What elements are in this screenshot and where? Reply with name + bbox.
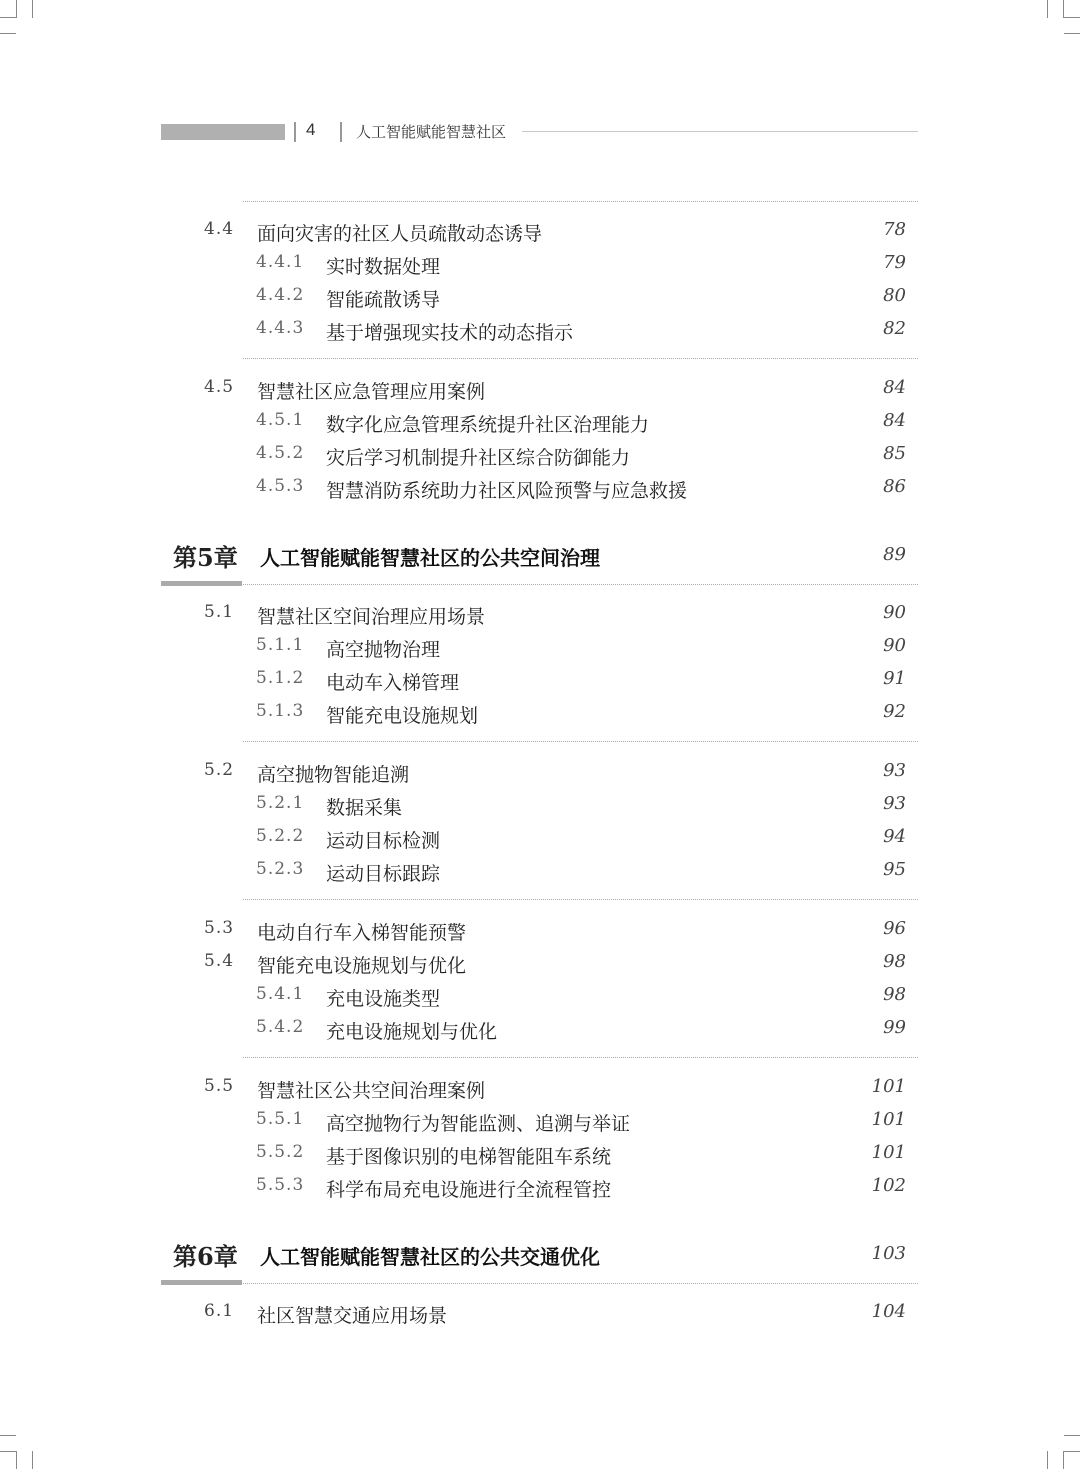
- section-title: 电动车入梯管理: [326, 668, 459, 695]
- section-title: 高空抛物行为智能监测、追溯与举证: [326, 1109, 630, 1136]
- section-number: 4.4.2: [256, 285, 304, 305]
- chapter-heading[interactable]: 第5章 人工智能赋能智慧社区的公共空间治理 89: [0, 538, 1080, 568]
- toc-entry[interactable]: 4.4.3 基于增强现实技术的动态指示 82: [0, 318, 1080, 348]
- page-ref: 89: [883, 544, 906, 565]
- section-title: 面向灾害的社区人员疏散动态诱导: [257, 219, 542, 246]
- section-number: 5.5.3: [256, 1175, 304, 1195]
- section-number: 4.5.3: [256, 476, 304, 496]
- section-title: 智慧社区应急管理应用案例: [257, 377, 485, 404]
- crop-mark: [0, 1435, 16, 1436]
- page-ref: 101: [872, 1076, 906, 1097]
- header-separator: [294, 122, 296, 142]
- section-title: 高空抛物治理: [326, 635, 440, 662]
- section-title: 社区智慧交通应用场景: [257, 1301, 447, 1328]
- section-number: 4.4.1: [256, 252, 304, 272]
- section-title: 高空抛物智能追溯: [257, 760, 409, 787]
- page-ref: 78: [883, 219, 906, 240]
- chapter-bar: [161, 581, 242, 586]
- page-ref: 93: [883, 793, 906, 814]
- toc-entry[interactable]: 4.4.2 智能疏散诱导 80: [0, 285, 1080, 315]
- page-ref: 94: [883, 826, 906, 847]
- section-number: 5.5: [204, 1076, 234, 1096]
- section-number: 4.5: [204, 377, 234, 397]
- crop-mark: [1047, 0, 1048, 18]
- toc-entry[interactable]: 5.4.1 充电设施类型 98: [0, 984, 1080, 1014]
- section-number: 5.4.2: [256, 1017, 304, 1037]
- toc-entry[interactable]: 4.5 智慧社区应急管理应用案例 84: [0, 377, 1080, 407]
- page-ref: 90: [883, 602, 906, 623]
- crop-mark: [1063, 1451, 1064, 1469]
- section-title: 科学布局充电设施进行全流程管控: [326, 1175, 611, 1202]
- section-title: 电动自行车入梯智能预警: [257, 918, 466, 945]
- chapter-label: 第5章: [173, 538, 238, 573]
- toc-entry[interactable]: 5.2.3 运动目标跟踪 95: [0, 859, 1080, 889]
- crop-mark: [32, 1451, 33, 1469]
- section-title: 基于增强现实技术的动态指示: [326, 318, 573, 345]
- section-number: 5.1: [204, 602, 234, 622]
- crop-mark: [1064, 33, 1080, 34]
- crop-mark: [16, 0, 17, 18]
- dotted-divider: [243, 584, 918, 585]
- page-ref: 91: [883, 668, 906, 689]
- section-number: 5.3: [204, 918, 234, 938]
- section-number: 6.1: [204, 1301, 234, 1321]
- section-title: 运动目标检测: [326, 826, 440, 853]
- page-ref: 84: [883, 377, 906, 398]
- toc-entry[interactable]: 4.5.2 灾后学习机制提升社区综合防御能力 85: [0, 443, 1080, 473]
- dotted-divider: [243, 1057, 918, 1058]
- page-ref: 102: [872, 1175, 906, 1196]
- toc-entry[interactable]: 5.5.3 科学布局充电设施进行全流程管控 102: [0, 1175, 1080, 1205]
- crop-mark: [0, 33, 16, 34]
- chapter-heading[interactable]: 第6章 人工智能赋能智慧社区的公共交通优化 103: [0, 1237, 1080, 1267]
- page-ref: 90: [883, 635, 906, 656]
- section-number: 4.5.1: [256, 410, 304, 430]
- toc-entry[interactable]: 5.2 高空抛物智能追溯 93: [0, 760, 1080, 790]
- section-number: 4.5.2: [256, 443, 304, 463]
- toc-entry[interactable]: 5.2.2 运动目标检测 94: [0, 826, 1080, 856]
- toc-entry[interactable]: 4.4 面向灾害的社区人员疏散动态诱导 78: [0, 219, 1080, 249]
- page-ref: 101: [872, 1109, 906, 1130]
- page-ref: 96: [883, 918, 906, 939]
- page-ref: 95: [883, 859, 906, 880]
- chapter-bar: [161, 1280, 242, 1285]
- header-bar: [161, 124, 285, 140]
- crop-mark: [0, 17, 16, 18]
- section-title: 充电设施规划与优化: [326, 1017, 497, 1044]
- crop-mark: [1064, 1451, 1080, 1452]
- page-ref: 101: [872, 1142, 906, 1163]
- toc-entry[interactable]: 5.4.2 充电设施规划与优化 99: [0, 1017, 1080, 1047]
- section-title: 智慧社区公共空间治理案例: [257, 1076, 485, 1103]
- section-number: 5.2.2: [256, 826, 304, 846]
- crop-mark: [1047, 1451, 1048, 1469]
- crop-mark: [1063, 0, 1064, 18]
- page-ref: 99: [883, 1017, 906, 1038]
- chapter-title: 人工智能赋能智慧社区的公共空间治理: [260, 542, 600, 571]
- section-number: 5.2.3: [256, 859, 304, 879]
- section-number: 5.5.1: [256, 1109, 304, 1129]
- page-ref: 82: [883, 318, 906, 339]
- toc-entry[interactable]: 5.1.2 电动车入梯管理 91: [0, 668, 1080, 698]
- section-number: 5.5.2: [256, 1142, 304, 1162]
- page-ref: 103: [872, 1243, 906, 1264]
- crop-mark: [0, 1451, 16, 1452]
- page-ref: 79: [883, 252, 906, 273]
- section-title: 实时数据处理: [326, 252, 440, 279]
- section-title: 运动目标跟踪: [326, 859, 440, 886]
- page-ref: 85: [883, 443, 906, 464]
- header-separator: [340, 122, 342, 142]
- header-rule: [522, 131, 918, 132]
- section-number: 4.4.3: [256, 318, 304, 338]
- toc-entry[interactable]: 4.4.1 实时数据处理 79: [0, 252, 1080, 282]
- toc-entry[interactable]: 4.5.3 智慧消防系统助力社区风险预警与应急救援 86: [0, 476, 1080, 506]
- section-title: 智慧社区空间治理应用场景: [257, 602, 485, 629]
- section-number: 5.2.1: [256, 793, 304, 813]
- crop-mark: [1064, 17, 1080, 18]
- section-number: 5.2: [204, 760, 234, 780]
- page-ref: 98: [883, 951, 906, 972]
- toc-entry[interactable]: 5.1.3 智能充电设施规划 92: [0, 701, 1080, 731]
- toc-entry[interactable]: 5.4 智能充电设施规划与优化 98: [0, 951, 1080, 981]
- section-title: 智能充电设施规划: [326, 701, 478, 728]
- page-ref: 84: [883, 410, 906, 431]
- dotted-divider: [243, 1283, 918, 1284]
- page-number: 4: [306, 120, 315, 140]
- section-title: 充电设施类型: [326, 984, 440, 1011]
- dotted-divider: [243, 741, 918, 742]
- section-number: 5.4: [204, 951, 234, 971]
- section-title: 智能疏散诱导: [326, 285, 440, 312]
- page-ref: 80: [883, 285, 906, 306]
- section-number: 5.4.1: [256, 984, 304, 1004]
- dotted-divider: [243, 358, 918, 359]
- section-title: 数字化应急管理系统提升社区治理能力: [326, 410, 649, 437]
- toc-entry[interactable]: 5.1 智慧社区空间治理应用场景 90: [0, 602, 1080, 632]
- page-ref: 98: [883, 984, 906, 1005]
- section-title: 数据采集: [326, 793, 402, 820]
- section-title: 智慧消防系统助力社区风险预警与应急救援: [326, 476, 687, 503]
- page-ref: 104: [872, 1301, 906, 1322]
- toc-entry[interactable]: 5.5 智慧社区公共空间治理案例 101: [0, 1076, 1080, 1106]
- crop-mark: [16, 1451, 17, 1469]
- section-number: 4.4: [204, 219, 234, 239]
- book-title: 人工智能赋能智慧社区: [356, 121, 506, 142]
- toc-entry[interactable]: 5.5.1 高空抛物行为智能监测、追溯与举证 101: [0, 1109, 1080, 1139]
- crop-mark: [32, 0, 33, 18]
- toc-entry[interactable]: 5.5.2 基于图像识别的电梯智能阻车系统 101: [0, 1142, 1080, 1172]
- dotted-divider: [243, 201, 918, 202]
- section-number: 5.1.3: [256, 701, 304, 721]
- section-number: 5.1.1: [256, 635, 304, 655]
- toc-entry[interactable]: 5.1.1 高空抛物治理 90: [0, 635, 1080, 665]
- page-ref: 92: [883, 701, 906, 722]
- toc-entry[interactable]: 5.3 电动自行车入梯智能预警 96: [0, 918, 1080, 948]
- chapter-label: 第6章: [173, 1237, 238, 1272]
- toc-entry[interactable]: 6.1 社区智慧交通应用场景 104: [0, 1301, 1080, 1331]
- section-title: 灾后学习机制提升社区综合防御能力: [326, 443, 630, 470]
- dotted-divider: [243, 899, 918, 900]
- section-title: 基于图像识别的电梯智能阻车系统: [326, 1142, 611, 1169]
- toc-entry[interactable]: 4.5.1 数字化应急管理系统提升社区治理能力 84: [0, 410, 1080, 440]
- toc-entry[interactable]: 5.2.1 数据采集 93: [0, 793, 1080, 823]
- page-ref: 86: [883, 476, 906, 497]
- crop-mark: [1064, 1435, 1080, 1436]
- section-title: 智能充电设施规划与优化: [257, 951, 466, 978]
- chapter-title: 人工智能赋能智慧社区的公共交通优化: [260, 1241, 600, 1270]
- page-ref: 93: [883, 760, 906, 781]
- section-number: 5.1.2: [256, 668, 304, 688]
